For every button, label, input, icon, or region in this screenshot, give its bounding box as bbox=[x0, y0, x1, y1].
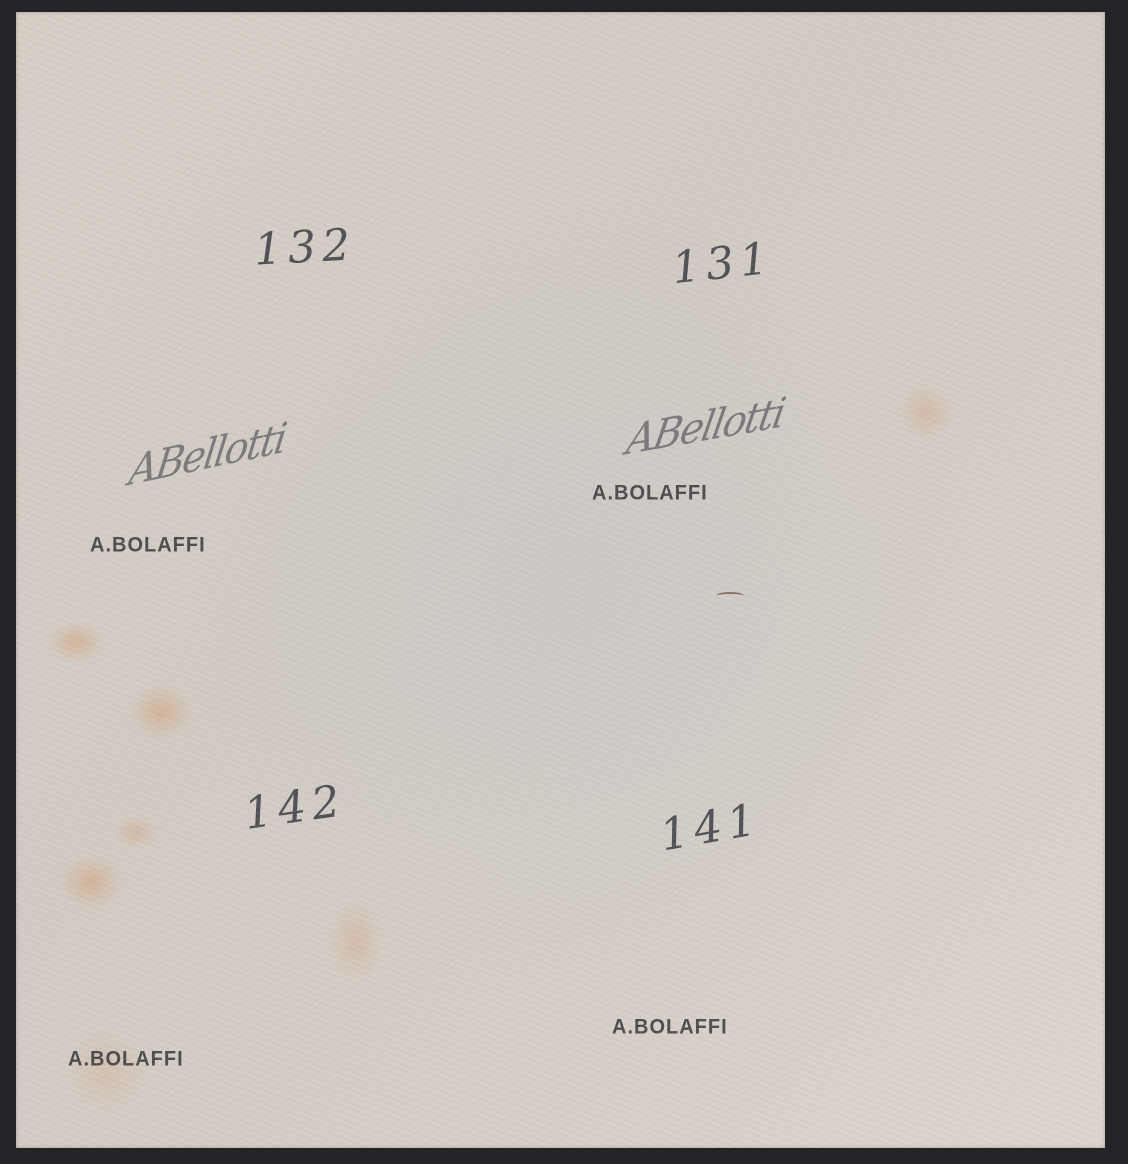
expert-mark-bottom-right: A.BOLAFFI bbox=[612, 1015, 728, 1039]
signature-top-left: ABellotti bbox=[126, 414, 288, 495]
signature-top-right: ABellotti bbox=[623, 389, 788, 465]
expert-mark-top-left: A.BOLAFFI bbox=[90, 533, 206, 557]
paper-crease-mark bbox=[716, 592, 744, 600]
position-number-142: 142 bbox=[241, 775, 349, 840]
expert-mark-top-right: A.BOLAFFI bbox=[592, 481, 708, 505]
position-number-132: 132 bbox=[253, 219, 358, 275]
stamp-block-reverse: 132 131 142 141 ABellotti ABellotti A.BO… bbox=[16, 12, 1105, 1148]
position-number-131: 131 bbox=[670, 233, 777, 294]
position-number-141: 141 bbox=[656, 794, 765, 862]
expert-mark-bottom-left: A.BOLAFFI bbox=[68, 1047, 184, 1071]
